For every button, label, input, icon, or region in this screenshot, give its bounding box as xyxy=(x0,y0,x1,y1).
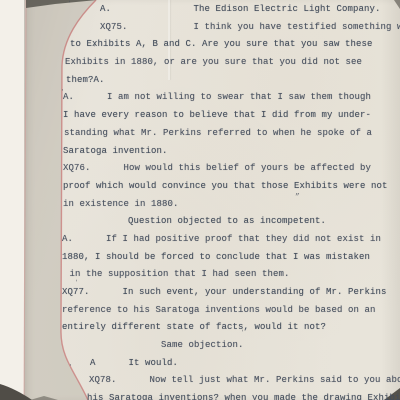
typed-line: Saratoga invention. xyxy=(63,143,400,161)
typed-line: XQ76. How would this belief of yours be … xyxy=(63,160,400,178)
typed-line: them?A. xyxy=(66,72,400,90)
typed-line: Same objection. xyxy=(62,337,400,355)
typed-line: proof which would convince you that thos… xyxy=(63,178,400,196)
typed-line: I have every reason to believe that I di… xyxy=(63,107,400,125)
typed-line: Question objected to as incompetent. xyxy=(62,213,400,231)
stray-scan-mark: ” xyxy=(295,194,300,202)
stray-scan-mark: ʼ xyxy=(92,46,97,54)
stray-scan-mark: · xyxy=(60,87,65,95)
typed-text-block: A. The Edison Electric Light Company. XQ… xyxy=(62,1,400,400)
typed-line: Exhibits in 1880, or are you sure that y… xyxy=(65,54,400,72)
typed-line: XQ78. Now tell just what Mr. Perkins sai… xyxy=(89,372,400,390)
typed-line: XQ75. I think you have testified somethi… xyxy=(100,19,400,37)
typed-line: in the supposition that I had seen them. xyxy=(64,266,400,284)
typed-line: to Exhibits A, B and C. Are you sure tha… xyxy=(70,36,400,54)
typed-line: in existence in 1880. xyxy=(63,196,400,214)
typed-line: his Saratoga inventions? when you made t… xyxy=(87,390,400,400)
stray-scan-mark: ʼ xyxy=(74,281,79,289)
typed-line: XQ77. In such event, your understanding … xyxy=(62,284,400,302)
typed-line: reference to his Saratoga inventions wou… xyxy=(62,302,400,320)
typed-line: A It would. xyxy=(90,355,400,373)
stray-scan-mark: ʼ xyxy=(240,331,245,339)
typed-line: A. If I had positive proof that they did… xyxy=(62,231,400,249)
scanned-document-page: A. The Edison Electric Light Company. XQ… xyxy=(0,0,400,400)
typed-line: A. The Edison Electric Light Company. xyxy=(100,1,400,19)
typed-line: standing what Mr. Perkins referred to wh… xyxy=(64,125,400,143)
stray-scan-mark: · xyxy=(68,362,73,370)
typed-line: 1880, I should be forced to conclude tha… xyxy=(62,249,400,267)
typed-line: A. I am not willing to swear that I saw … xyxy=(63,89,400,107)
stray-scan-mark: ʼ xyxy=(67,2,72,10)
typed-line: entirely different state of facts, would… xyxy=(62,319,400,337)
